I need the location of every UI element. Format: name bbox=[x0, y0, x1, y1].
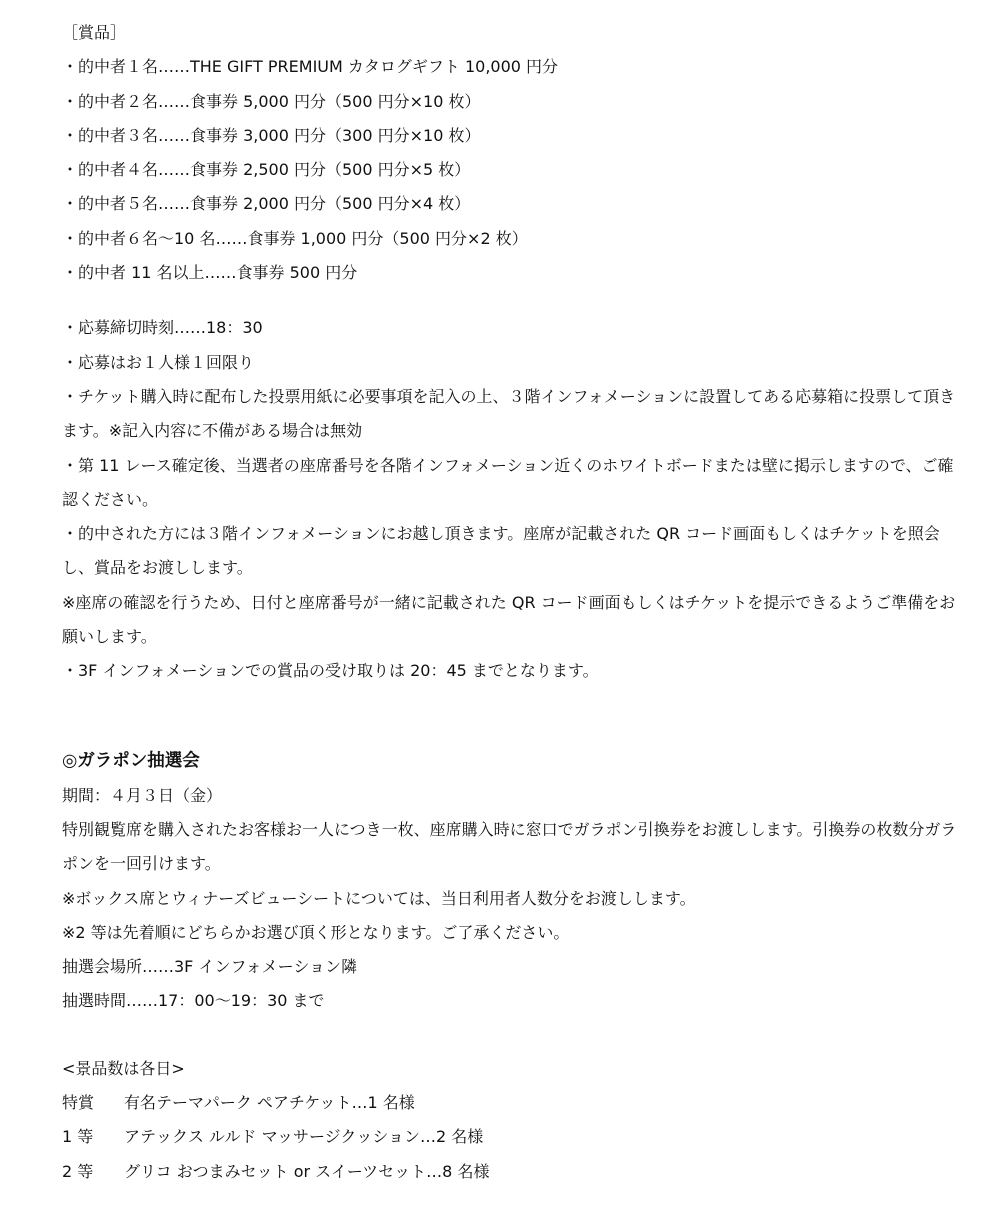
prizes-heading: ［賞品］ bbox=[62, 16, 972, 50]
prize-item: ・的中者２名……食事券 5,000 円分（500 円分×10 枚） bbox=[62, 85, 972, 119]
second-prize-note: ※2 等は先着順にどちらかお選び頂く形となります。ご了承ください。 bbox=[62, 916, 972, 950]
garapon-period: 期間：４月３日（金） bbox=[62, 779, 972, 813]
prize-description: 有名テーマパーク ペアチケット…1 名様 bbox=[124, 1093, 415, 1112]
garapon-venue: 抽選会場所……3F インフォメーション隣 bbox=[62, 950, 972, 984]
garapon-prize-item: 特賞有名テーマパーク ペアチケット…1 名様 bbox=[62, 1086, 972, 1120]
prize-item: ・的中者 11 名以上……食事券 500 円分 bbox=[62, 256, 972, 290]
pickup-deadline: ・3F インフォメーションでの賞品の受け取りは 20：45 までとなります。 bbox=[62, 654, 972, 688]
spacer bbox=[62, 1019, 972, 1052]
garapon-title: ◎ガラポン抽選会 bbox=[62, 743, 972, 779]
spacer bbox=[62, 290, 972, 311]
garapon-time: 抽選時間……17：00～19：30 まで bbox=[62, 984, 972, 1018]
entry-limit: ・応募はお１人様１回限り bbox=[62, 346, 972, 380]
prize-item: ・的中者４名……食事券 2,500 円分（500 円分×5 枚） bbox=[62, 153, 972, 187]
prize-item: ・的中者５名……食事券 2,000 円分（500 円分×4 枚） bbox=[62, 187, 972, 221]
prize-description: アテックス ルルド マッサージクッション…2 名様 bbox=[124, 1127, 483, 1146]
prize-item: ・的中者１名……THE GIFT PREMIUM カタログギフト 10,000 … bbox=[62, 50, 972, 84]
entry-method: ・チケット購入時に配布した投票用紙に必要事項を記入の上、３階インフォメーションに… bbox=[62, 380, 967, 449]
winner-announcement: ・第 11 レース確定後、当選者の座席番号を各階インフォメーション近くのホワイト… bbox=[62, 449, 967, 518]
prize-item: ・的中者６名～10 名……食事券 1,000 円分（500 円分×2 枚） bbox=[62, 222, 972, 256]
garapon-prize-item: 2 等グリコ おつまみセット or スイーツセット…8 名様 bbox=[62, 1155, 972, 1189]
prize-rank: 2 等 bbox=[62, 1155, 124, 1189]
seat-confirmation-note: ※座席の確認を行うため、日付と座席番号が一緒に記載された QR コード画面もしく… bbox=[62, 586, 967, 655]
garapon-prize-item: 1 等アテックス ルルド マッサージクッション…2 名様 bbox=[62, 1120, 972, 1154]
spacer bbox=[62, 689, 972, 743]
prize-rank: 特賞 bbox=[62, 1086, 124, 1120]
garapon-description: 特別観覧席を購入されたお客様お一人につき一枚、座席購入時に窓口でガラポン引換券を… bbox=[62, 813, 967, 882]
document-page: ［賞品］ ・的中者１名……THE GIFT PREMIUM カタログギフト 10… bbox=[62, 16, 972, 1189]
entry-deadline: ・応募締切時刻……18：30 bbox=[62, 311, 972, 345]
prize-claim: ・的中された方には３階インフォメーションにお越し頂きます。座席が記載された QR… bbox=[62, 517, 967, 586]
prize-count-note: <景品数は各日> bbox=[62, 1052, 972, 1086]
prize-item: ・的中者３名……食事券 3,000 円分（300 円分×10 枚） bbox=[62, 119, 972, 153]
box-seat-note: ※ボックス席とウィナーズビューシートについては、当日利用者人数分をお渡しします。 bbox=[62, 882, 972, 916]
prize-rank: 1 等 bbox=[62, 1120, 124, 1154]
prize-description: グリコ おつまみセット or スイーツセット…8 名様 bbox=[124, 1162, 489, 1181]
